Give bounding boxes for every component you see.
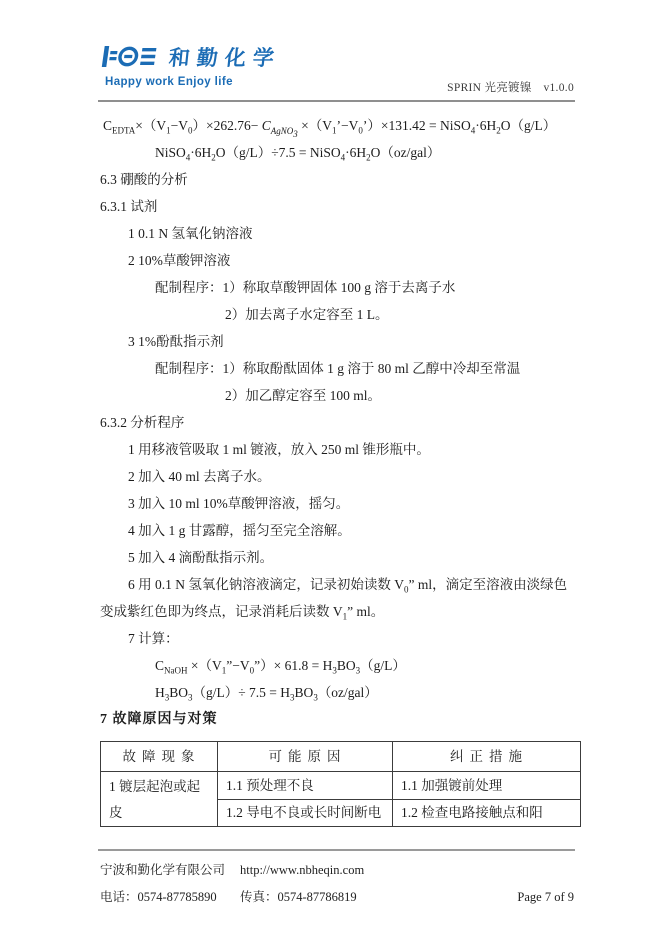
table-row: 1 镀层起泡或起皮 1.1 预处理不良 1.1 加强镀前处理 bbox=[101, 772, 581, 800]
reagent-item-2: 2 10%草酸钾溶液 bbox=[128, 247, 578, 274]
reagent-item-1: 1 0.1 N 氢氧化钠溶液 bbox=[128, 220, 578, 247]
cell-cause-1-1: 1.1 预处理不良 bbox=[218, 772, 393, 800]
footer-divider bbox=[98, 849, 575, 851]
document-body: CEDTA×（V1−V0）×262.76− CAgNO3 ×（V1’−V0’）×… bbox=[100, 112, 578, 827]
formula-niso4-gl: CEDTA×（V1−V0）×262.76− CAgNO3 ×（V1’−V0’）×… bbox=[103, 112, 578, 139]
procedure-step-5: 5 加入 4 滴酚酞指示剂。 bbox=[128, 544, 578, 571]
company-logo: 和勤化学 Happy work Enjoy life bbox=[100, 42, 281, 88]
procedure-step-3: 3 加入 10 ml 10%草酸钾溶液，摇匀。 bbox=[128, 490, 578, 517]
table-header-cause: 可能原因 bbox=[218, 742, 393, 772]
table-header-phenomenon: 故障现象 bbox=[101, 742, 218, 772]
brand-name: 和勤化学 bbox=[167, 42, 282, 72]
cell-action-1-2: 1.2 检查电路接触点和阳 bbox=[393, 799, 581, 827]
fault-table: 故障现象 可能原因 纠正措施 1 镀层起泡或起皮 1.1 预处理不良 1.1 加… bbox=[100, 741, 581, 827]
procedure-step-2: 2 加入 40 ml 去离子水。 bbox=[128, 463, 578, 490]
prep-step-phenol-2: 2）加乙醇定容至 100 ml。 bbox=[225, 382, 578, 409]
cell-phenomenon-1: 1 镀层起泡或起皮 bbox=[101, 772, 218, 827]
table-header-action: 纠正措施 bbox=[393, 742, 581, 772]
hq-logo-icon bbox=[100, 44, 160, 70]
footer-company: 宁波和勤化学有限公司 bbox=[100, 857, 240, 884]
formula-h3bo3-gl: CNaOH ×（V1”−V0”）× 61.8 = H3BO3（g/L） bbox=[155, 652, 578, 679]
heading-7: 7 故障原因与对策 bbox=[100, 706, 578, 733]
procedure-step-6: 6 用 0.1 N 氢氧化钠溶液滴定，记录初始读数 V0” ml，滴定至溶液由淡… bbox=[100, 571, 578, 625]
procedure-step-7: 7 计算： bbox=[128, 625, 578, 652]
prep-step-oxalate-2: 2）加去离子水定容至 1 L。 bbox=[225, 301, 578, 328]
procedure-step-1: 1 用移液管吸取 1 ml 镀液，放入 250 ml 锥形瓶中。 bbox=[128, 436, 578, 463]
reagent-item-3: 3 1%酚酞指示剂 bbox=[128, 328, 578, 355]
procedure-step-4: 4 加入 1 g 甘露醇，摇匀至完全溶解。 bbox=[128, 517, 578, 544]
formula-h3bo3-ozgal: H3BO3（g/L）÷ 7.5 = H3BO3（oz/gal） bbox=[155, 679, 578, 706]
document-meta-title: SPRIN 光亮镀镍 v1.0.0 bbox=[447, 79, 574, 95]
prep-step-phenol-1: 配制程序：1）称取酚酞固体 1 g 溶于 80 ml 乙醇中冷却至常温 bbox=[155, 355, 578, 382]
table-header-row: 故障现象 可能原因 纠正措施 bbox=[101, 742, 581, 772]
formula-niso4-ozgal: NiSO4·6H2O（g/L）÷7.5 = NiSO4·6H2O（oz/gal） bbox=[155, 139, 578, 166]
header-divider bbox=[98, 100, 575, 102]
heading-6-3-2: 6.3.2 分析程序 bbox=[100, 409, 578, 436]
footer-fax: 传真：0574-87786819 bbox=[240, 884, 517, 911]
heading-6-3-1: 6.3.1 试剂 bbox=[100, 193, 578, 220]
cell-cause-1-2: 1.2 导电不良或长时间断电 bbox=[218, 799, 393, 827]
cell-action-1-1: 1.1 加强镀前处理 bbox=[393, 772, 581, 800]
heading-6-3: 6.3 硼酸的分析 bbox=[100, 166, 578, 193]
document-page: 和勤化学 Happy work Enjoy life SPRIN 光亮镀镍 v1… bbox=[0, 0, 671, 950]
footer-phone: 电话：0574-87785890 bbox=[100, 884, 240, 911]
page-footer: 宁波和勤化学有限公司 http://www.nbheqin.com 电话：057… bbox=[100, 857, 574, 911]
brand-tagline: Happy work Enjoy life bbox=[105, 76, 281, 88]
footer-website: http://www.nbheqin.com bbox=[240, 857, 517, 884]
footer-page-number: Page 7 of 9 bbox=[517, 884, 574, 911]
prep-step-oxalate-1: 配制程序：1）称取草酸钾固体 100 g 溶于去离子水 bbox=[155, 274, 578, 301]
